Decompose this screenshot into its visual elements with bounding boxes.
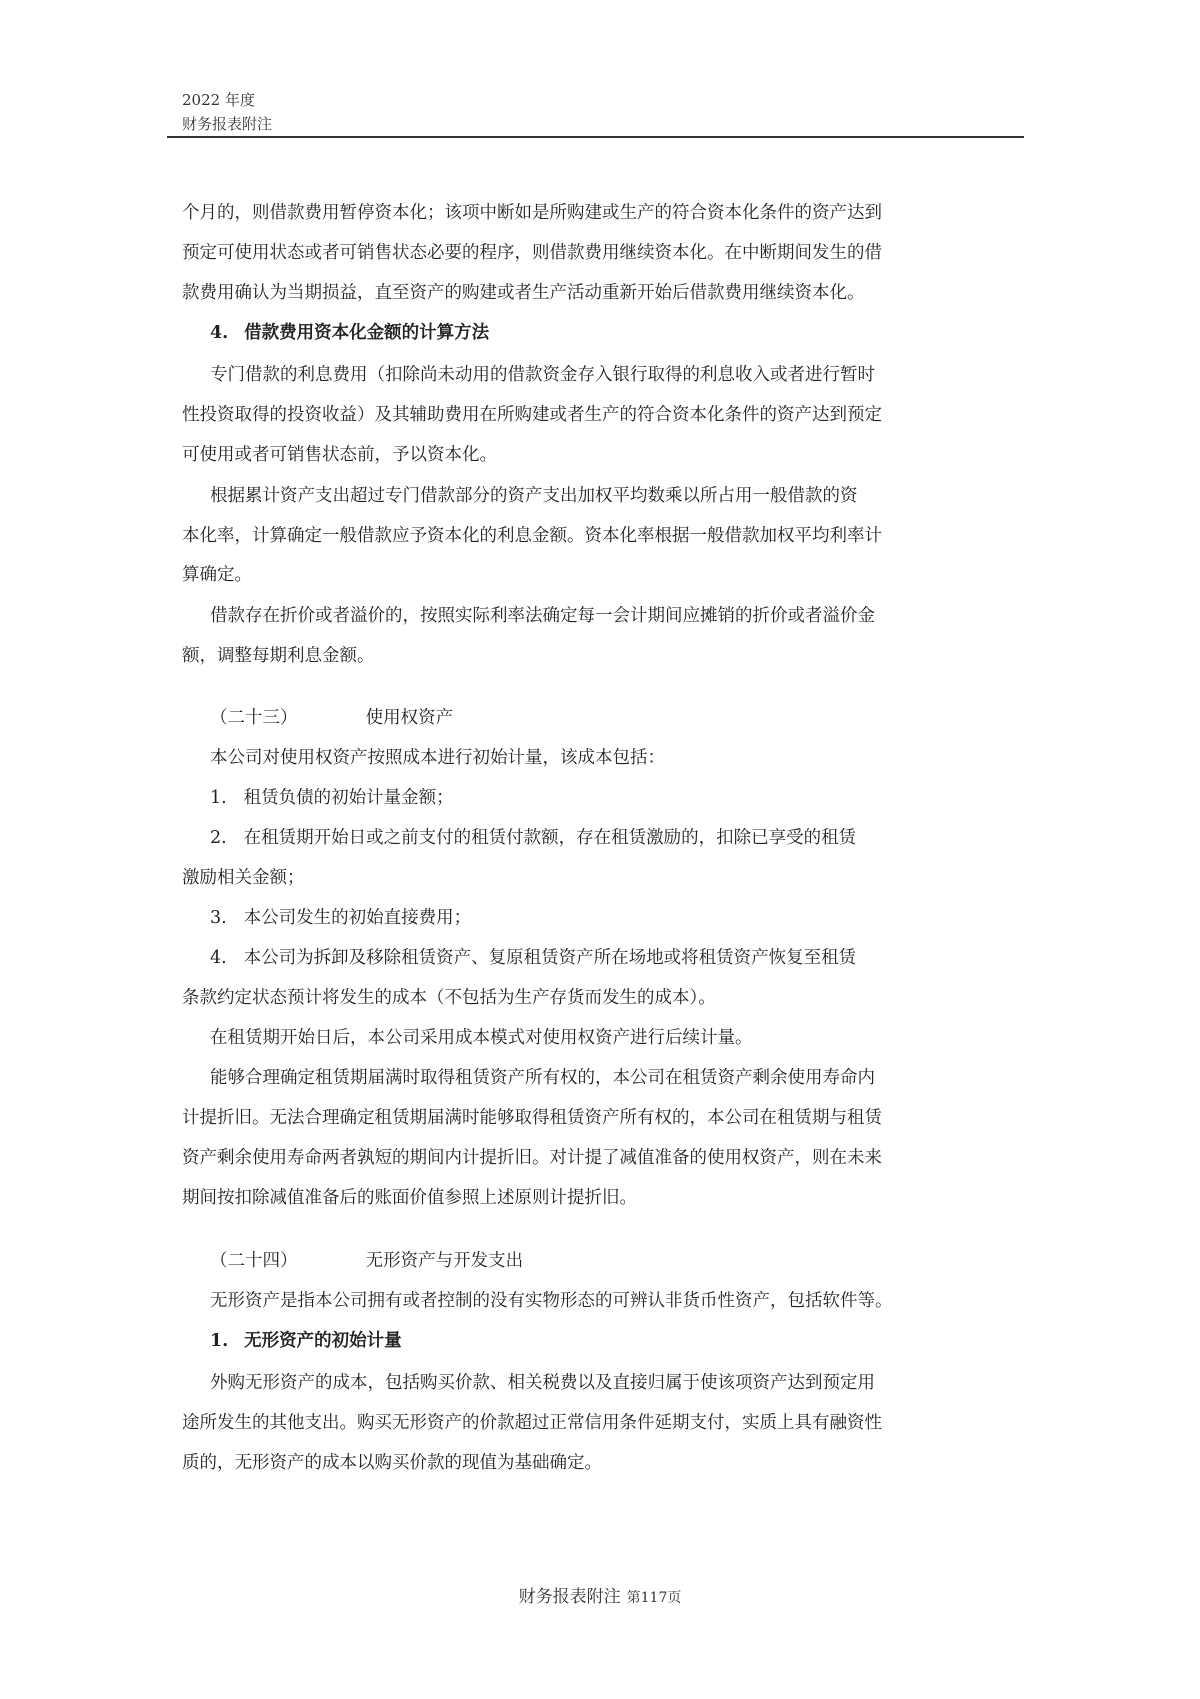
section-number: （二十三） (210, 705, 360, 731)
header-divider (167, 136, 1024, 138)
list-item: 4. 本公司为拆卸及移除租赁资产、复原租赁资产所在场地或将租赁资产恢复至租赁 (210, 945, 856, 971)
list-text: 本公司发生的初始直接费用； (244, 908, 472, 928)
paragraph-line: 期间按扣除减值准备后的账面价值参照上述原则计提折旧。 (182, 1185, 637, 1211)
heading-number: 1. (210, 1328, 238, 1354)
list-item: 1. 租赁负债的初始计量金额； (210, 785, 454, 811)
list-number: 1. (210, 785, 238, 811)
paragraph-line: 无形资产是指本公司拥有或者控制的没有实物形态的可辨认非货币性资产，包括软件等。 (210, 1288, 893, 1314)
section-heading: （二十四） 无形资产与开发支出 (210, 1248, 523, 1274)
list-number: 3. (210, 905, 238, 931)
list-text: 租赁负债的初始计量金额； (244, 788, 454, 808)
paragraph-line: 在租赁期开始日后，本公司采用成本模式对使用权资产进行后续计量。 (210, 1025, 753, 1051)
paragraph-line: 计提折旧。无法合理确定租赁期届满时能够取得租赁资产所有权的，本公司在租赁期与租赁 (182, 1105, 882, 1131)
list-number: 2. (210, 825, 238, 851)
section-number: （二十四） (210, 1248, 360, 1274)
paragraph-line: 额，调整每期利息金额。 (182, 643, 375, 669)
paragraph-line: 款费用确认为当期损益，直至资产的购建或者生产活动重新开始后借款费用继续资本化。 (182, 280, 865, 306)
footer-title: 财务报表附注 (519, 1587, 621, 1607)
heading-text: 无形资产的初始计量 (244, 1331, 402, 1351)
list-text: 在租赁期开始日或之前支付的租赁付款额，存在租赁激励的，扣除已享受的租赁 (244, 828, 857, 848)
page-number: 第117页 (627, 1590, 682, 1606)
section-title: 使用权资产 (366, 708, 454, 728)
list-item-continuation: 条款约定状态预计将发生的成本（不包括为生产存货而发生的成本）。 (182, 985, 716, 1011)
page-header: 2022 年度 财务报表附注 (182, 88, 272, 136)
paragraph-line: 个月的，则借款费用暂停资本化；该项中断如是所购建或生产的符合资本化条件的资产达到 (182, 200, 882, 226)
paragraph-line: 专门借款的利息费用（扣除尚未动用的借款资金存入银行取得的利息收入或者进行暂时 (210, 362, 875, 388)
paragraph-line: 可使用或者可销售状态前，予以资本化。 (182, 442, 497, 468)
list-item-continuation: 激励相关金额； (182, 865, 305, 891)
header-title: 财务报表附注 (182, 112, 272, 136)
paragraph-line: 根据累计资产支出超过专门借款部分的资产支出加权平均数乘以所占用一般借款的资 (210, 483, 858, 509)
heading-number: 4. (210, 320, 238, 346)
paragraph-line: 本化率，计算确定一般借款应予资本化的利息金额。资本化率根据一般借款加权平均利率计 (182, 523, 882, 549)
page-footer: 财务报表附注第117页 (0, 1582, 1200, 1607)
heading-text: 借款费用资本化金额的计算方法 (244, 323, 489, 343)
paragraph-line: 借款存在折价或者溢价的，按照实际利率法确定每一会计期间应摊销的折价或者溢价金 (210, 603, 875, 629)
paragraph-line: 本公司对使用权资产按照成本进行初始计量，该成本包括： (210, 745, 665, 771)
paragraph-line: 能够合理确定租赁期届满时取得租赁资产所有权的，本公司在租赁资产剩余使用寿命内 (210, 1065, 875, 1091)
paragraph-line: 外购无形资产的成本，包括购买价款、相关税费以及直接归属于使该项资产达到预定用 (210, 1370, 875, 1396)
list-item: 2. 在租赁期开始日或之前支付的租赁付款额，存在租赁激励的，扣除已享受的租赁 (210, 825, 856, 851)
subsection-heading: 1. 无形资产的初始计量 (210, 1328, 402, 1354)
paragraph-line: 途所发生的其他支出。购买无形资产的价款超过正常信用条件延期支付，实质上具有融资性 (182, 1410, 882, 1436)
header-year: 2022 年度 (182, 88, 272, 112)
subsection-heading: 4. 借款费用资本化金额的计算方法 (210, 320, 489, 346)
paragraph-line: 质的，无形资产的成本以购买价款的现值为基础确定。 (182, 1450, 602, 1476)
list-text: 本公司为拆卸及移除租赁资产、复原租赁资产所在场地或将租赁资产恢复至租赁 (244, 948, 857, 968)
paragraph-line: 资产剩余使用寿命两者孰短的期间内计提折旧。对计提了减值准备的使用权资产，则在未来 (182, 1145, 882, 1171)
paragraph-line: 预定可使用状态或者可销售状态必要的程序，则借款费用继续资本化。在中断期间发生的借 (182, 240, 882, 266)
paragraph-line: 性投资取得的投资收益）及其辅助费用在所购建或者生产的符合资本化条件的资产达到预定 (182, 402, 882, 428)
list-item: 3. 本公司发生的初始直接费用； (210, 905, 471, 931)
list-number: 4. (210, 945, 238, 971)
paragraph-line: 算确定。 (182, 562, 252, 588)
section-title: 无形资产与开发支出 (366, 1251, 524, 1271)
section-heading: （二十三） 使用权资产 (210, 705, 453, 731)
